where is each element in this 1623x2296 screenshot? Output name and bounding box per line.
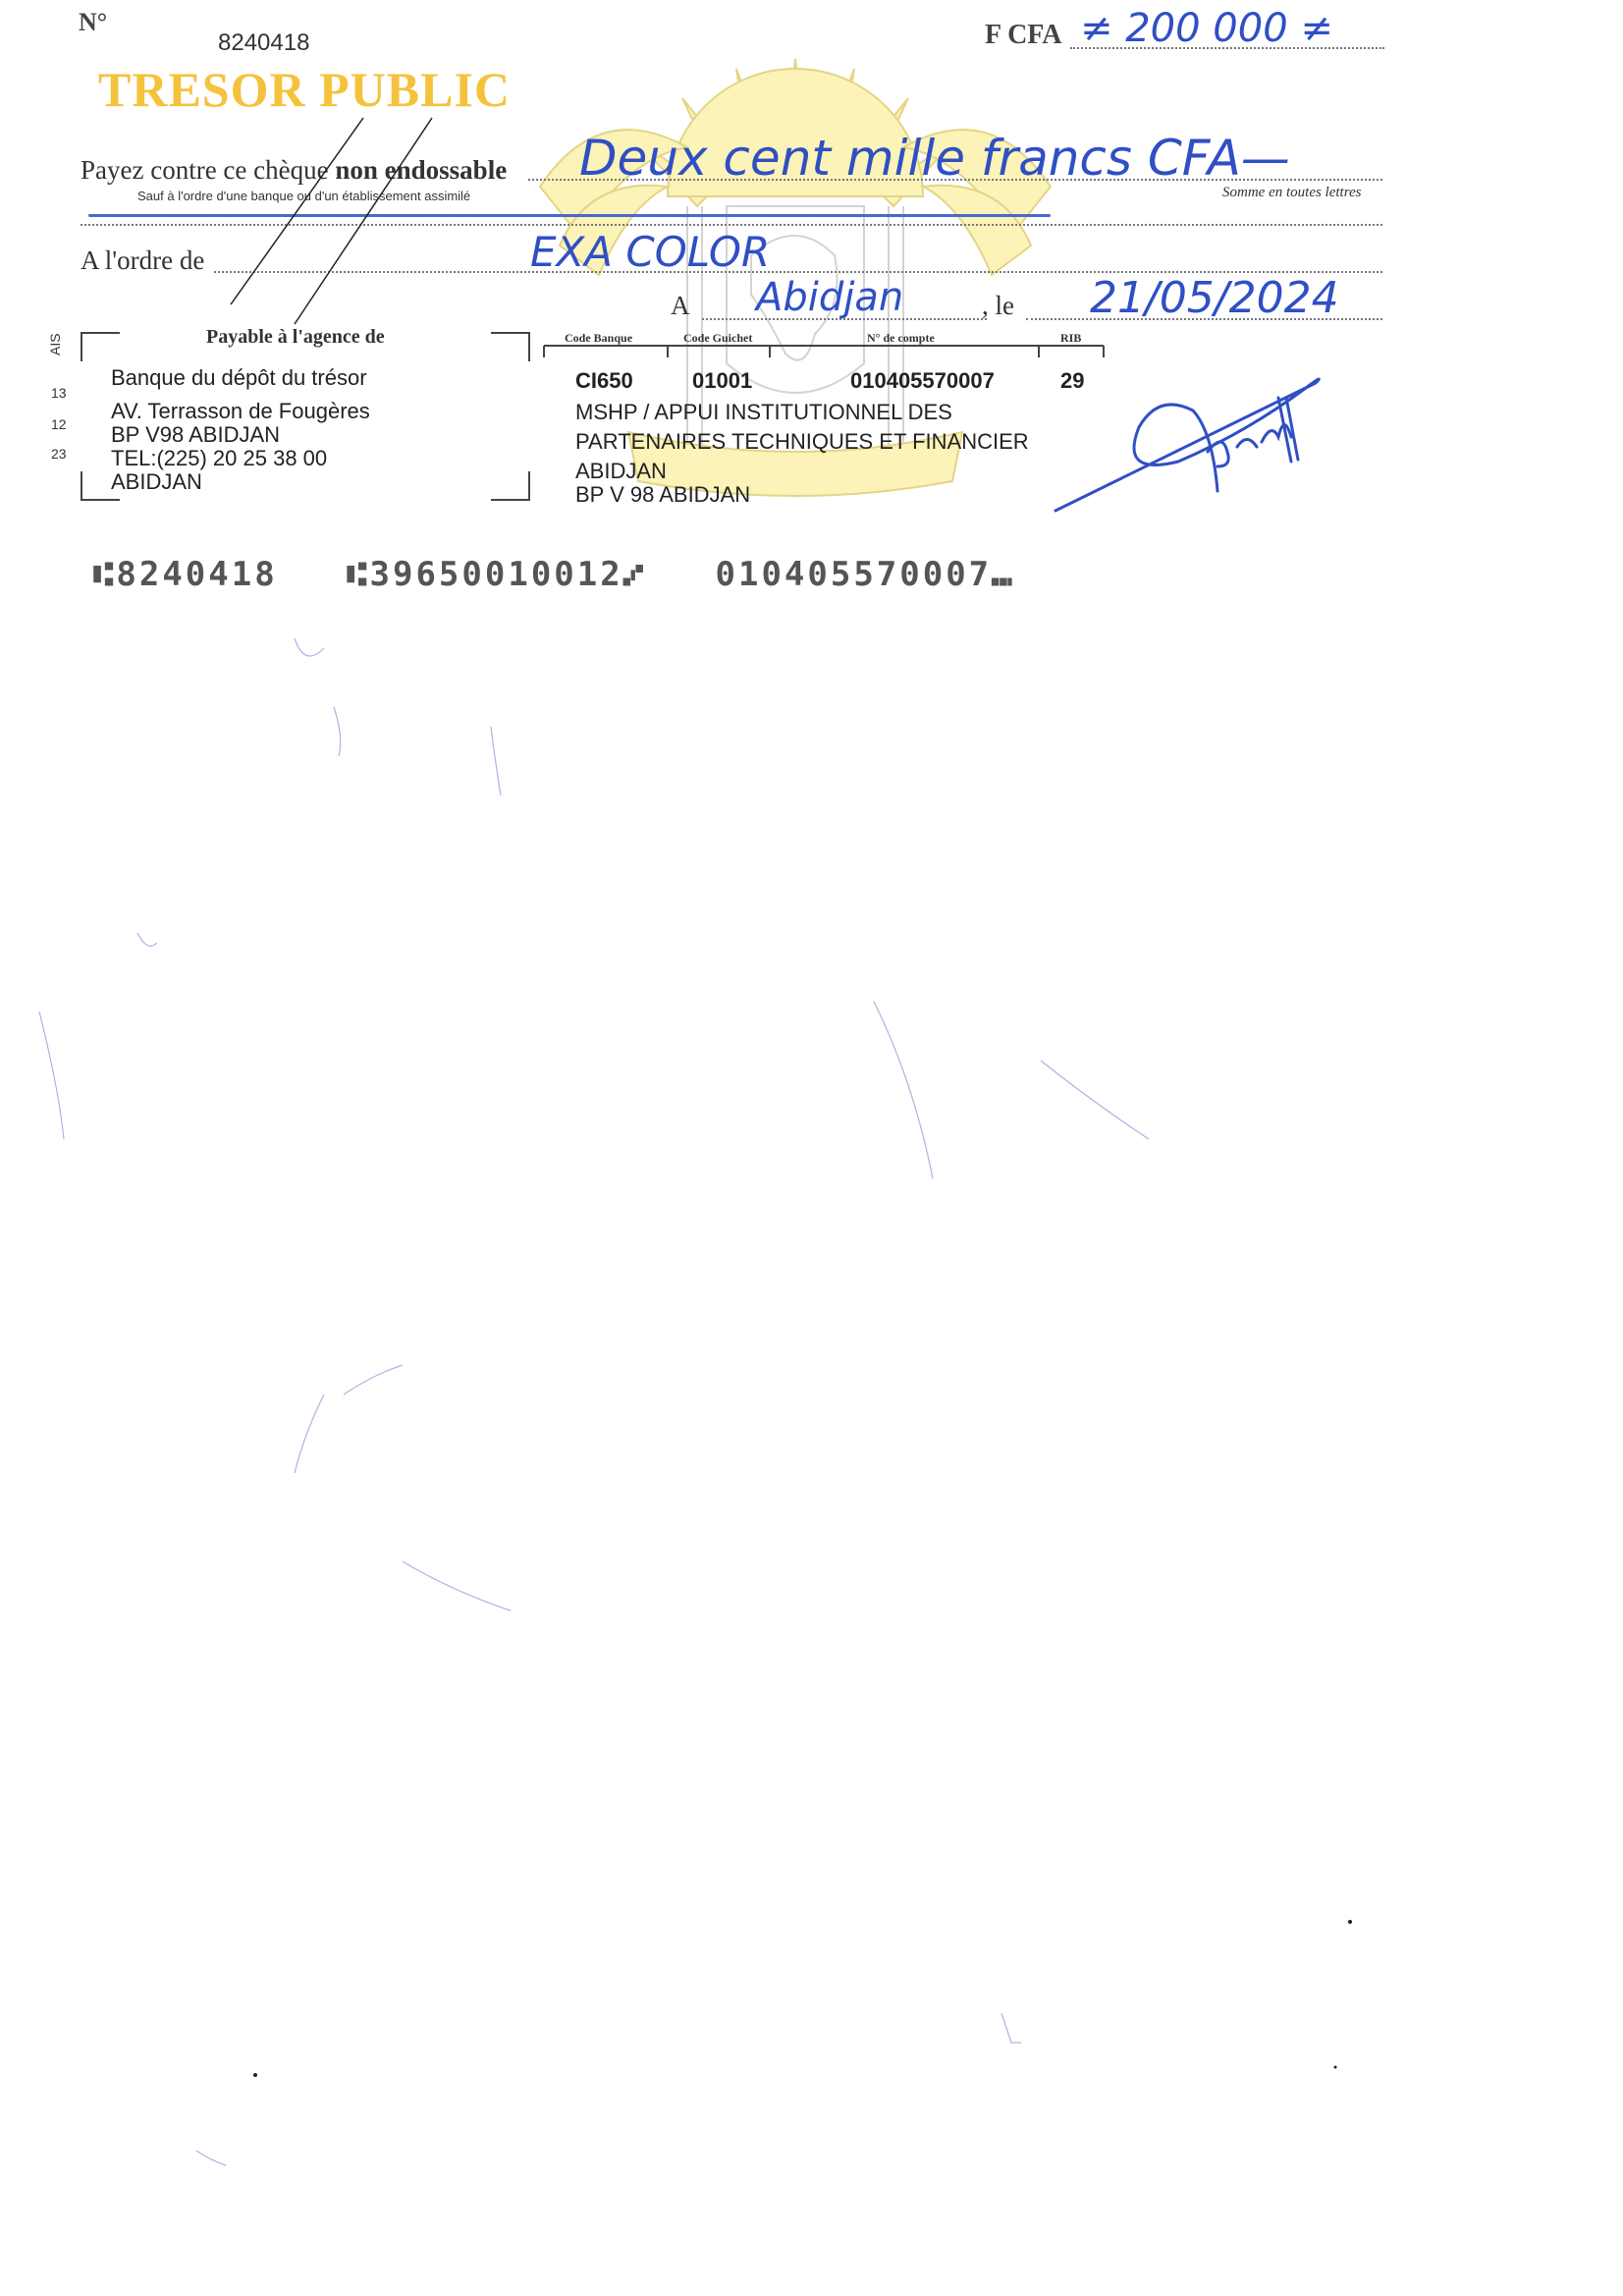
agency-title: Payable à l'agence de bbox=[206, 326, 385, 349]
agency-line: ABIDJAN bbox=[111, 470, 370, 494]
side-label: AIS bbox=[47, 333, 63, 355]
amount-figures: ≠ 200 000 ≠ bbox=[1080, 6, 1333, 51]
agency-line: TEL:(225) 20 25 38 00 bbox=[111, 447, 370, 470]
signature bbox=[1051, 354, 1335, 520]
agency-line: BP V98 ABIDJAN bbox=[111, 423, 370, 447]
account-holder: MSHP / APPUI INSTITUTIONNEL DES PARTENAI… bbox=[575, 401, 1029, 507]
agency-bracket-tr bbox=[491, 332, 530, 361]
holder-line: PARTENAIRES TECHNIQUES ET FINANCIER bbox=[575, 430, 1029, 454]
agency-bracket-br bbox=[491, 471, 530, 501]
payee-label: A l'ordre de bbox=[81, 246, 204, 276]
amount-words: Deux cent mille francs CFA— bbox=[579, 130, 1290, 187]
scan-noise-marks bbox=[0, 589, 1623, 2296]
code-banque: CI650 bbox=[575, 368, 633, 394]
code-guichet: 01001 bbox=[692, 368, 752, 394]
agency-bracket-tl bbox=[81, 332, 120, 361]
side-number: 23 bbox=[51, 446, 67, 462]
date-label: , le bbox=[982, 291, 1014, 321]
holder-line: BP V 98 ABIDJAN bbox=[575, 483, 1029, 507]
account-number: 010405570007 bbox=[850, 368, 995, 394]
holder-line: MSHP / APPUI INSTITUTIONNEL DES bbox=[575, 401, 1029, 424]
side-number: 13 bbox=[51, 385, 67, 401]
agency-line: Banque du dépôt du trésor bbox=[111, 366, 370, 390]
place-value: Abidjan bbox=[756, 275, 903, 320]
holder-line: ABIDJAN bbox=[575, 460, 1029, 483]
cheque-crossing-lines bbox=[196, 98, 452, 354]
cheque-number-label: N° bbox=[79, 8, 107, 37]
micr-account: 010405570007⑉ bbox=[716, 555, 1015, 594]
micr-cheque-number: ⑆8240418 bbox=[93, 555, 278, 594]
amount-words-hint: Somme en toutes lettres bbox=[1222, 185, 1362, 201]
side-number: 12 bbox=[51, 416, 67, 432]
agency-address: Banque du dépôt du trésor AV. Terrasson … bbox=[111, 366, 370, 494]
place-label: A bbox=[671, 291, 690, 321]
agency-line: AV. Terrasson de Fougères bbox=[111, 400, 370, 423]
micr-routing: ⑆39650010012⑇ bbox=[347, 555, 646, 594]
date-value: 21/05/2024 bbox=[1090, 273, 1339, 323]
micr-line: ⑆8240418 ⑆39650010012⑇ 010405570007⑉ bbox=[93, 555, 1015, 594]
payee-name: EXA COLOR bbox=[530, 228, 770, 276]
cheque-number: 8240418 bbox=[218, 29, 309, 57]
currency-label: F CFA bbox=[985, 20, 1062, 51]
